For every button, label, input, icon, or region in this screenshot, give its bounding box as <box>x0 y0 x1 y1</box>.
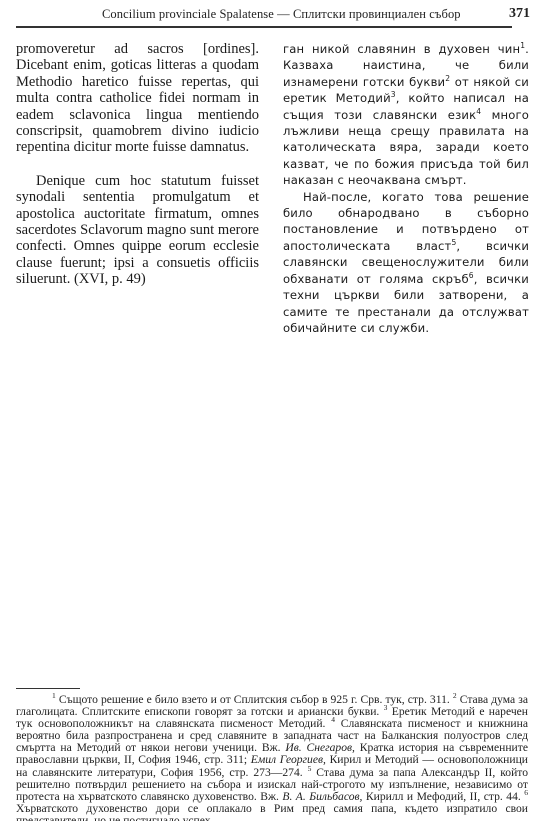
latin-paragraph-1: promoveretur ad sacros [ordines]. Diceba… <box>16 41 259 156</box>
page-number: 371 <box>509 6 530 22</box>
footnote-number-6: 6 <box>524 788 528 797</box>
cited-author: Ив. Снегаров, <box>285 741 355 754</box>
footnotes-text: 1 Същото решение е било взето и от Сплит… <box>16 694 528 821</box>
bulgarian-paragraph-2: Най-после, когато това решение било обна… <box>283 189 529 337</box>
print-speck <box>153 248 155 250</box>
header-rule-divider <box>16 26 512 28</box>
text-segment: ган никой славянин в духовен чин <box>283 42 520 56</box>
footnote-5-text: Кирилл и Мефодий, II, стр. 44. <box>362 790 524 803</box>
latin-paragraph-2: Denique cum hoc statutum fuisset synodal… <box>16 173 259 288</box>
bulgarian-translation-column: ган никой славянин в духовен чин1. Казва… <box>283 41 529 336</box>
latin-text-column: promoveretur ad sacros [ordines]. Diceba… <box>16 41 259 288</box>
cited-author: В. А. Бильбасов, <box>282 790 362 803</box>
footnotes-block: 1 Същото решение е било взето и от Сплит… <box>16 694 528 821</box>
page-header: Concilium provinciale Spalatense — Сплит… <box>0 0 542 30</box>
running-head-title: Concilium provinciale Spalatense — Сплит… <box>102 7 461 22</box>
footnote-separator <box>16 688 80 689</box>
footnote-6-text: Хърватското духовенство дори се оплакало… <box>16 802 528 821</box>
bulgarian-paragraph-1: ган никой славянин в духовен чин1. Казва… <box>283 41 529 189</box>
cited-author: Емил Георгиев, <box>251 753 326 766</box>
